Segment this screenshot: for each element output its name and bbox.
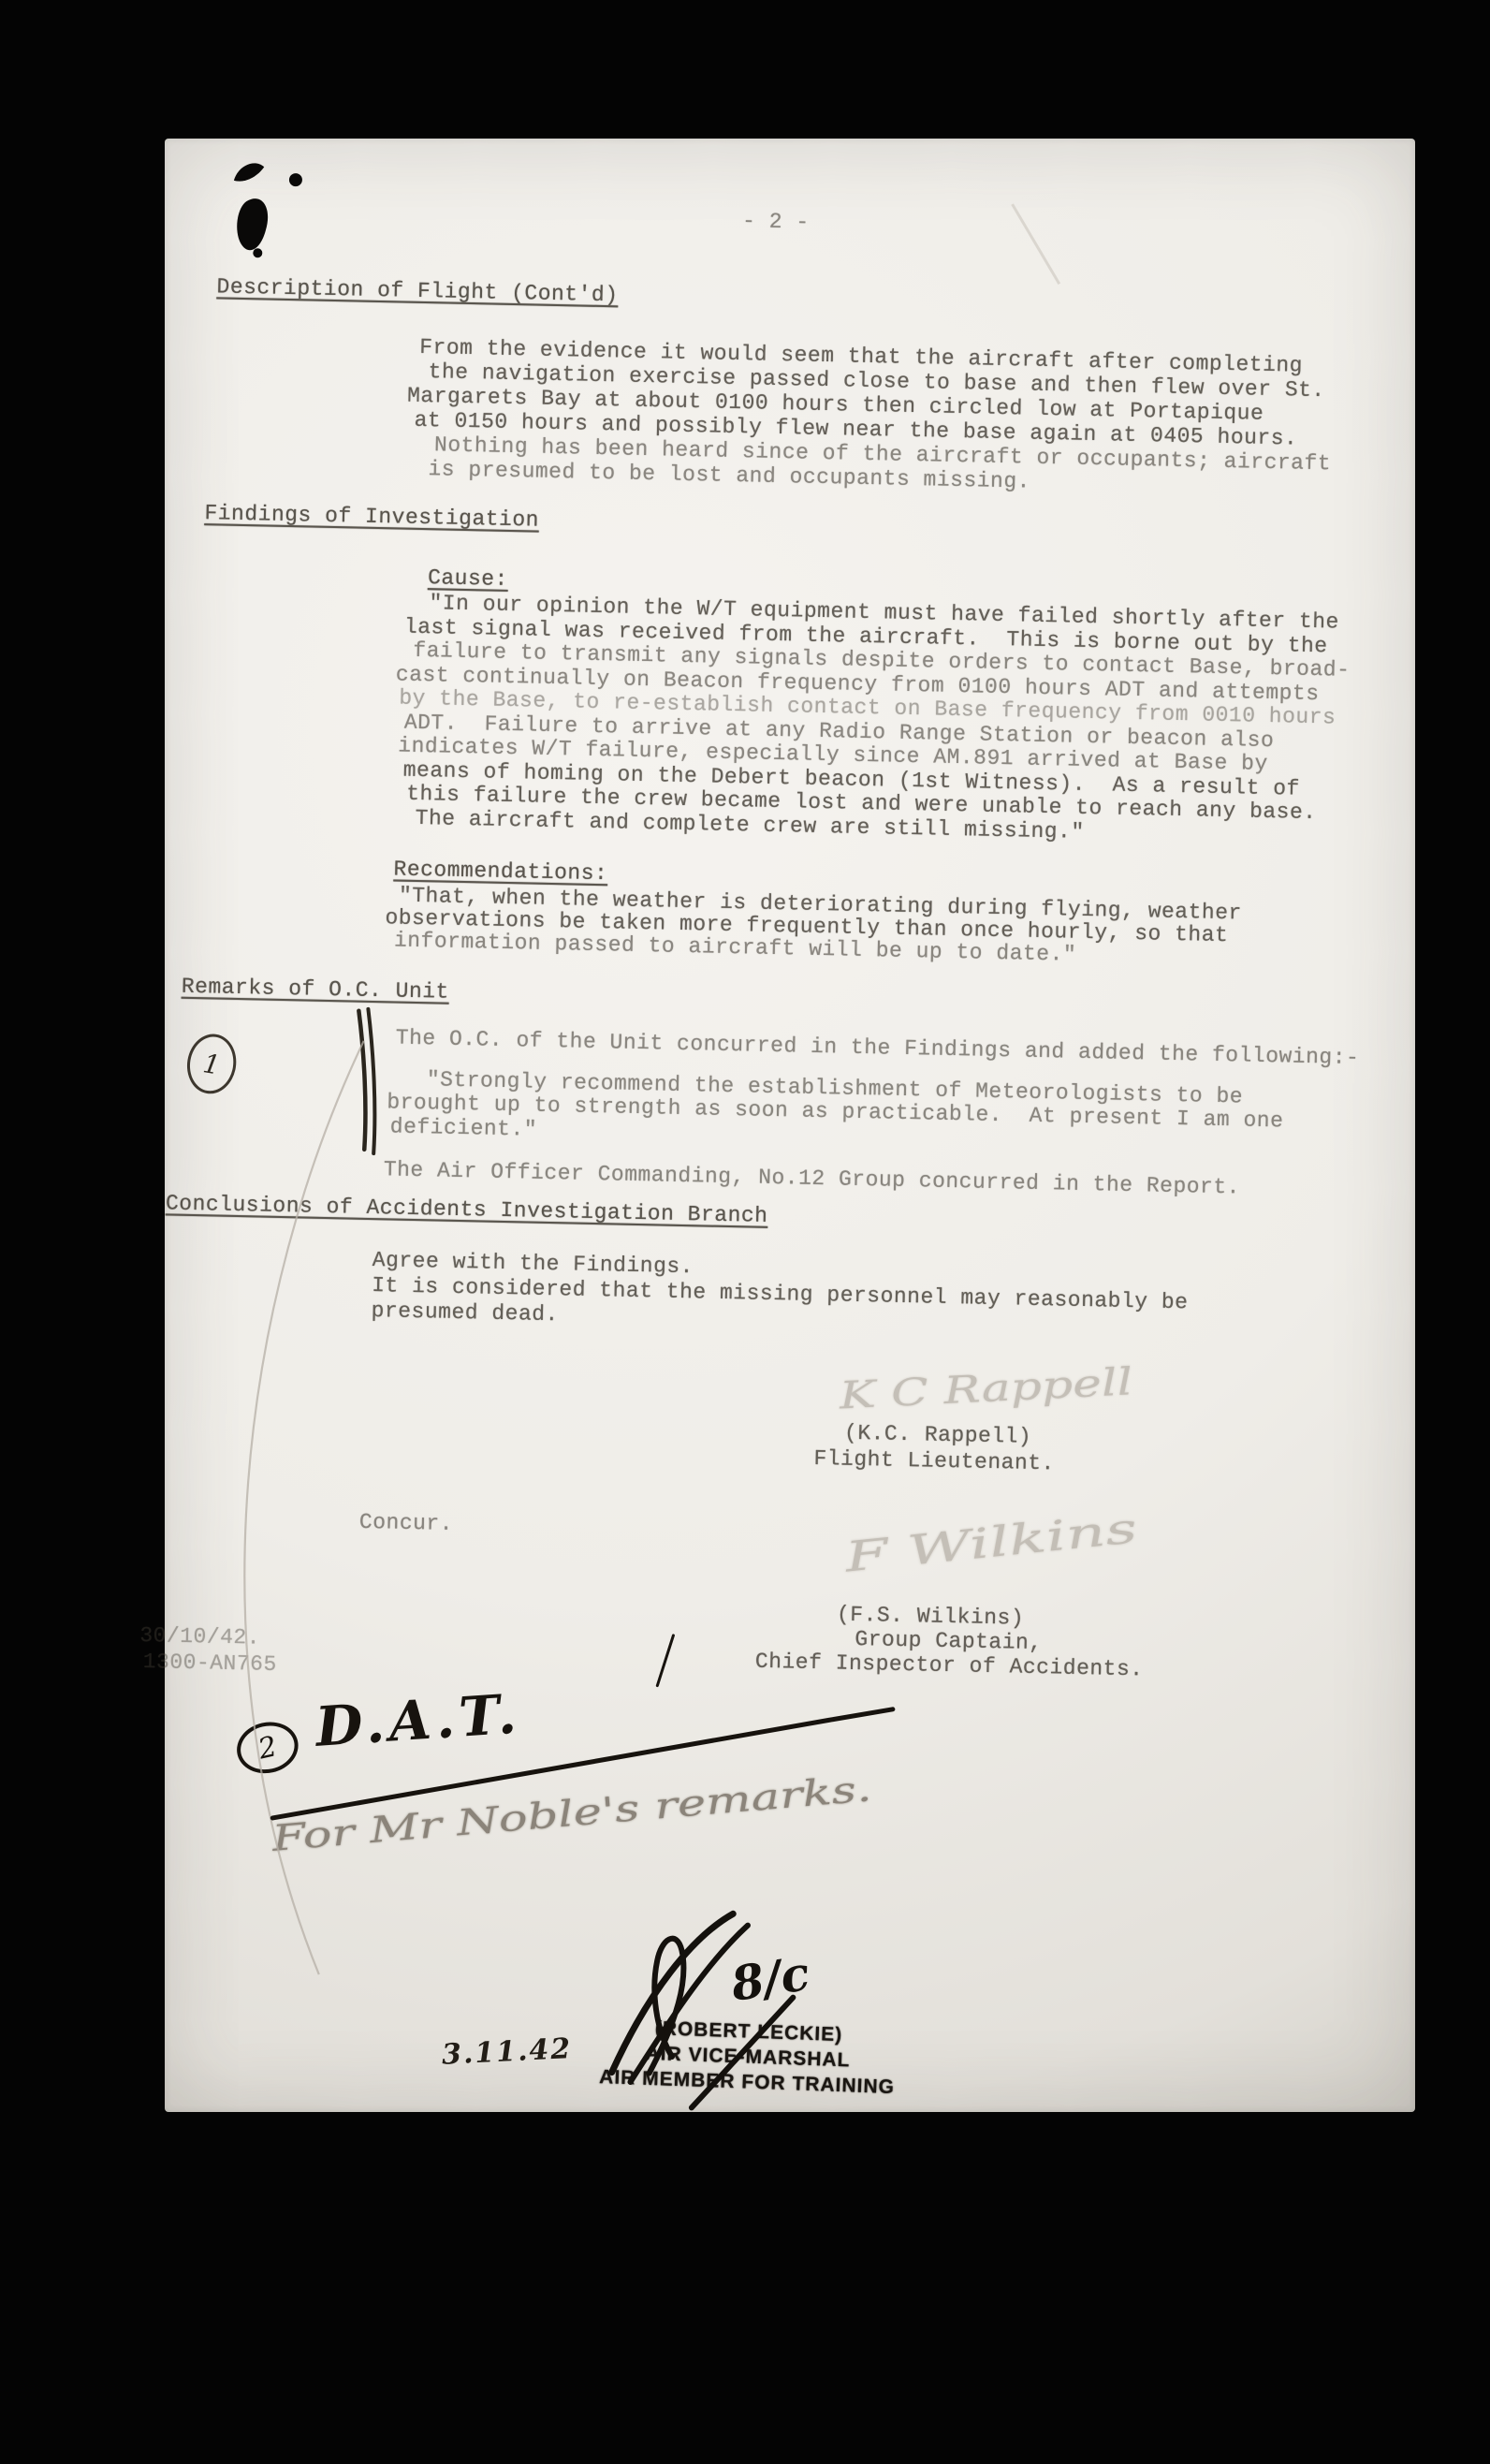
- scanner-background: - 2 - Description of Flight (Cont'd) Fro…: [0, 0, 1490, 2464]
- dat-underline-stroke: [272, 1696, 893, 1831]
- annotation-strokes-layer: [124, 138, 1416, 2137]
- ink-blot: [237, 198, 269, 251]
- ink-dot: [289, 173, 302, 186]
- dat-pen-tick: [657, 1635, 673, 1686]
- document-page: - 2 - Description of Flight (Cont'd) Fro…: [165, 139, 1415, 2112]
- pen-stroke-mark: [356, 1011, 368, 1150]
- ink-blot: [234, 163, 264, 182]
- leckie-signature-tail: [692, 1995, 793, 2109]
- pencil-arc: [236, 1038, 364, 1974]
- paper-crease: [1011, 204, 1061, 284]
- ink-dot: [253, 248, 262, 257]
- page-content: - 2 - Description of Flight (Cont'd) Fro…: [124, 138, 1416, 2137]
